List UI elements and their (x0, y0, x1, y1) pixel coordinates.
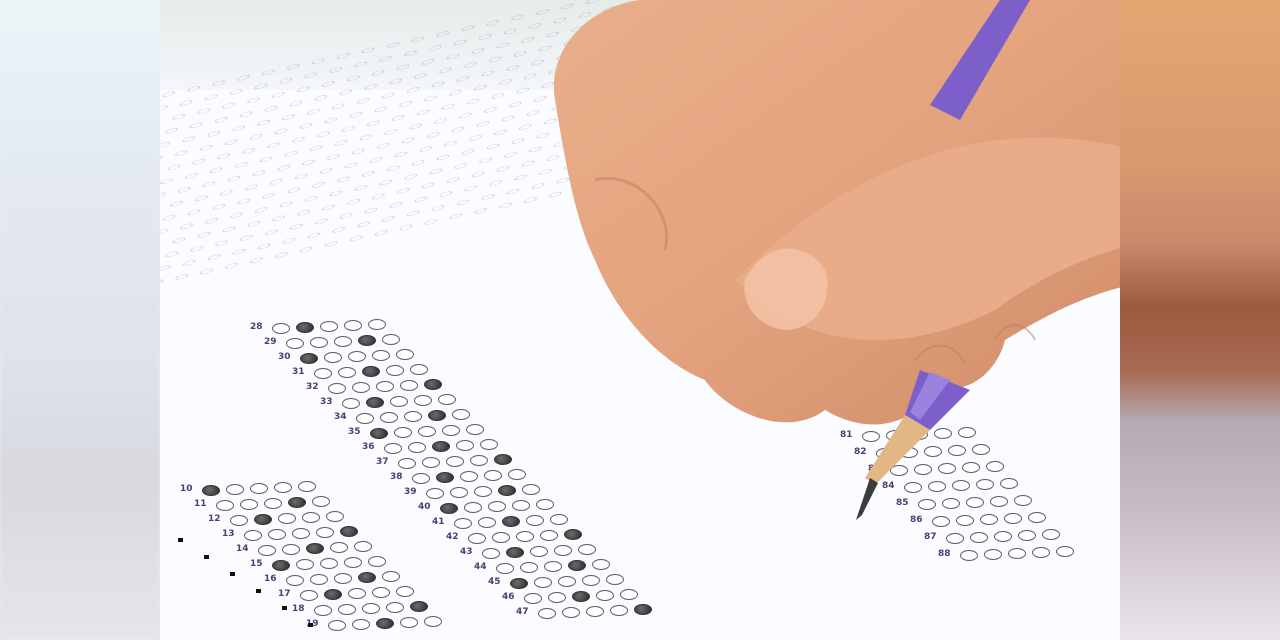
filled-answer-bubble[interactable] (358, 335, 376, 346)
answer-bubble[interactable] (450, 487, 468, 498)
answer-bubble[interactable] (592, 559, 610, 570)
question-number: 44 (474, 562, 487, 572)
question-number: 40 (418, 502, 431, 512)
answer-bubble[interactable] (380, 412, 398, 423)
timing-mark (256, 589, 261, 593)
answer-bubble[interactable] (334, 573, 352, 584)
photo: 1011121314151617181928293031323334353637… (160, 0, 1120, 640)
answer-bubble[interactable] (240, 499, 258, 510)
answer-bubble[interactable] (422, 457, 440, 468)
question-number: 47 (516, 607, 529, 617)
answer-bubble[interactable] (352, 382, 370, 393)
answer-bubble[interactable] (264, 498, 282, 509)
filled-answer-bubble[interactable] (410, 601, 428, 612)
answer-bubble[interactable] (492, 532, 510, 543)
question-number: 30 (278, 352, 291, 362)
answer-bubble[interactable] (970, 532, 988, 543)
answer-bubble[interactable] (946, 533, 964, 544)
filled-answer-bubble[interactable] (370, 428, 388, 439)
answer-bubble[interactable] (292, 528, 310, 539)
question-number: 29 (264, 337, 277, 347)
question-number: 13 (222, 529, 235, 539)
filled-answer-bubble[interactable] (634, 604, 652, 615)
question-number: 42 (446, 532, 459, 542)
question-number: 43 (460, 547, 473, 557)
filled-answer-bubble[interactable] (300, 353, 318, 364)
answer-bubble[interactable] (338, 604, 356, 615)
answer-bubble[interactable] (512, 500, 530, 511)
answer-bubble[interactable] (352, 619, 370, 630)
answer-bubble[interactable] (300, 590, 318, 601)
answer-bubble[interactable] (984, 549, 1002, 560)
answer-bubble[interactable] (482, 548, 500, 559)
answer-bubble[interactable] (410, 364, 428, 375)
filled-answer-bubble[interactable] (440, 503, 458, 514)
answer-bubble[interactable] (426, 488, 444, 499)
question-number: 17 (278, 589, 291, 599)
answer-bubble[interactable] (400, 380, 418, 391)
answer-bubble[interactable] (474, 486, 492, 497)
answer-bubble[interactable] (454, 518, 472, 529)
answer-bubble[interactable] (414, 395, 432, 406)
question-number: 32 (306, 382, 319, 392)
filled-answer-bubble[interactable] (564, 529, 582, 540)
answer-bubble[interactable] (540, 530, 558, 541)
answer-bubble[interactable] (348, 351, 366, 362)
filled-answer-bubble[interactable] (288, 497, 306, 508)
answer-bubble[interactable] (418, 426, 436, 437)
answer-bubble[interactable] (328, 383, 346, 394)
answer-bubble[interactable] (362, 603, 380, 614)
answer-bubble[interactable] (382, 334, 400, 345)
answer-bubble[interactable] (342, 398, 360, 409)
answer-bubble[interactable] (356, 413, 374, 424)
answer-bubble[interactable] (230, 515, 248, 526)
answer-bubble[interactable] (298, 481, 316, 492)
question-number: 38 (390, 472, 403, 482)
answer-bubble[interactable] (522, 484, 540, 495)
answer-bubble[interactable] (384, 443, 402, 454)
filled-answer-bubble[interactable] (502, 516, 520, 527)
answer-bubble[interactable] (408, 442, 426, 453)
answer-bubble[interactable] (536, 499, 554, 510)
answer-bubble[interactable] (258, 545, 276, 556)
answer-bubble[interactable] (326, 511, 344, 522)
answer-bubble[interactable] (488, 501, 506, 512)
answer-bubble[interactable] (562, 607, 580, 618)
answer-bubble[interactable] (1008, 548, 1026, 559)
answer-bubble[interactable] (520, 562, 538, 573)
question-number: 39 (404, 487, 417, 497)
answer-bubble[interactable] (548, 592, 566, 603)
answer-bubble[interactable] (438, 394, 456, 405)
answer-bubble[interactable] (312, 496, 330, 507)
answer-bubble[interactable] (1018, 530, 1036, 541)
filled-answer-bubble[interactable] (324, 589, 342, 600)
answer-bubble[interactable] (268, 529, 286, 540)
answer-bubble[interactable] (286, 338, 304, 349)
answer-bubble[interactable] (610, 605, 628, 616)
filled-answer-bubble[interactable] (296, 322, 314, 333)
answer-bubble[interactable] (382, 571, 400, 582)
answer-bubble[interactable] (386, 602, 404, 613)
filled-answer-bubble[interactable] (254, 514, 272, 525)
answer-bubble[interactable] (372, 587, 390, 598)
answer-bubble[interactable] (330, 542, 348, 553)
answer-bubble[interactable] (424, 616, 442, 627)
answer-bubble[interactable] (324, 352, 342, 363)
answer-bubble[interactable] (1032, 547, 1050, 558)
answer-bubble[interactable] (484, 470, 502, 481)
question-number: 46 (502, 592, 515, 602)
answer-bubble[interactable] (404, 411, 422, 422)
filled-answer-bubble[interactable] (510, 578, 528, 589)
answer-bubble[interactable] (328, 620, 346, 631)
answer-bubble[interactable] (278, 513, 296, 524)
answer-bubble[interactable] (320, 321, 338, 332)
answer-bubble[interactable] (216, 500, 234, 511)
filled-answer-bubble[interactable] (498, 485, 516, 496)
answer-bubble[interactable] (386, 365, 404, 376)
answer-bubble[interactable] (334, 336, 352, 347)
answer-bubble[interactable] (558, 576, 576, 587)
question-number: 10 (180, 484, 193, 494)
filled-answer-bubble[interactable] (306, 543, 324, 554)
question-number: 28 (250, 322, 263, 332)
answer-bubble[interactable] (526, 515, 544, 526)
filled-answer-bubble[interactable] (494, 454, 512, 465)
question-number: 34 (334, 412, 347, 422)
answer-bubble[interactable] (344, 320, 362, 331)
answer-bubble[interactable] (376, 381, 394, 392)
answer-bubble[interactable] (390, 396, 408, 407)
answer-bubble[interactable] (508, 469, 526, 480)
question-number: 31 (292, 367, 305, 377)
answer-bubble[interactable] (470, 455, 488, 466)
answer-bubble[interactable] (466, 424, 484, 435)
answer-bubble[interactable] (338, 367, 356, 378)
timing-mark (230, 572, 235, 576)
answer-bubble[interactable] (534, 577, 552, 588)
question-number: 36 (362, 442, 375, 452)
answer-bubble[interactable] (250, 483, 268, 494)
question-number: 88 (938, 549, 951, 559)
answer-bubble[interactable] (302, 512, 320, 523)
filled-answer-bubble[interactable] (366, 397, 384, 408)
answer-bubble[interactable] (396, 586, 414, 597)
filled-answer-bubble[interactable] (568, 560, 586, 571)
answer-bubble[interactable] (400, 617, 418, 628)
filled-answer-bubble[interactable] (340, 526, 358, 537)
question-number: 16 (264, 574, 277, 584)
timing-mark (308, 623, 313, 627)
answer-bubble[interactable] (538, 608, 556, 619)
answer-bubble[interactable] (446, 456, 464, 467)
filled-answer-bubble[interactable] (362, 366, 380, 377)
answer-bubble[interactable] (530, 546, 548, 557)
answer-bubble[interactable] (310, 337, 328, 348)
answer-bubble[interactable] (368, 556, 386, 567)
timing-mark (282, 606, 287, 610)
answer-bubble[interactable] (310, 574, 328, 585)
answer-bubble[interactable] (316, 527, 334, 538)
answer-bubble[interactable] (456, 440, 474, 451)
answer-bubble[interactable] (606, 574, 624, 585)
filled-answer-bubble[interactable] (436, 472, 454, 483)
answer-bubble[interactable] (272, 323, 290, 334)
filled-answer-bubble[interactable] (572, 591, 590, 602)
question-number: 45 (488, 577, 501, 587)
answer-bubble[interactable] (442, 425, 460, 436)
question-number: 12 (208, 514, 221, 524)
answer-bubble[interactable] (496, 563, 514, 574)
question-number: 33 (320, 397, 333, 407)
answer-bubble[interactable] (368, 319, 386, 330)
answer-bubble[interactable] (464, 502, 482, 513)
answer-bubble[interactable] (372, 350, 390, 361)
answer-bubble[interactable] (344, 557, 362, 568)
answer-bubble[interactable] (516, 531, 534, 542)
answer-bubble[interactable] (314, 605, 332, 616)
filled-answer-bubble[interactable] (358, 572, 376, 583)
answer-bubble[interactable] (620, 589, 638, 600)
answer-bubble[interactable] (524, 593, 542, 604)
answer-bubble[interactable] (314, 368, 332, 379)
answer-bubble[interactable] (1056, 546, 1074, 557)
answer-bubble[interactable] (412, 473, 430, 484)
answer-bubble[interactable] (478, 517, 496, 528)
answer-bubble[interactable] (244, 530, 262, 541)
filled-answer-bubble[interactable] (432, 441, 450, 452)
question-number: 41 (432, 517, 445, 527)
filled-answer-bubble[interactable] (272, 560, 290, 571)
blurred-left-panel (0, 0, 160, 640)
answer-bubble[interactable] (398, 458, 416, 469)
answer-bubble[interactable] (354, 541, 372, 552)
purple-pencil (680, 0, 1040, 530)
answer-bubble[interactable] (286, 575, 304, 586)
answer-bubble[interactable] (460, 471, 478, 482)
answer-bubble[interactable] (396, 349, 414, 360)
timing-mark (178, 538, 183, 542)
question-number: 18 (292, 604, 305, 614)
filled-answer-bubble[interactable] (202, 485, 220, 496)
filled-answer-bubble[interactable] (376, 618, 394, 629)
filled-answer-bubble[interactable] (506, 547, 524, 558)
answer-bubble[interactable] (596, 590, 614, 601)
answer-bubble[interactable] (320, 558, 338, 569)
answer-bubble[interactable] (282, 544, 300, 555)
answer-bubble[interactable] (582, 575, 600, 586)
answer-bubble[interactable] (578, 544, 596, 555)
answer-bubble[interactable] (1042, 529, 1060, 540)
filled-answer-bubble[interactable] (424, 379, 442, 390)
timing-mark (204, 555, 209, 559)
answer-bubble[interactable] (274, 482, 292, 493)
answer-bubble[interactable] (226, 484, 244, 495)
answer-bubble[interactable] (348, 588, 366, 599)
filled-answer-bubble[interactable] (428, 410, 446, 421)
answer-bubble[interactable] (994, 531, 1012, 542)
question-number: 35 (348, 427, 361, 437)
answer-bubble[interactable] (550, 514, 568, 525)
answer-bubble[interactable] (468, 533, 486, 544)
question-number: 14 (236, 544, 249, 554)
question-number: 11 (194, 499, 207, 509)
question-number: 15 (250, 559, 263, 569)
answer-bubble[interactable] (960, 550, 978, 561)
answer-bubble[interactable] (554, 545, 572, 556)
answer-bubble[interactable] (586, 606, 604, 617)
question-number: 87 (924, 532, 937, 542)
answer-bubble[interactable] (394, 427, 412, 438)
question-number: 37 (376, 457, 389, 467)
blurred-right-panel (1120, 0, 1280, 640)
answer-bubble[interactable] (544, 561, 562, 572)
answer-bubble[interactable] (452, 409, 470, 420)
answer-bubble[interactable] (296, 559, 314, 570)
answer-bubble[interactable] (480, 439, 498, 450)
